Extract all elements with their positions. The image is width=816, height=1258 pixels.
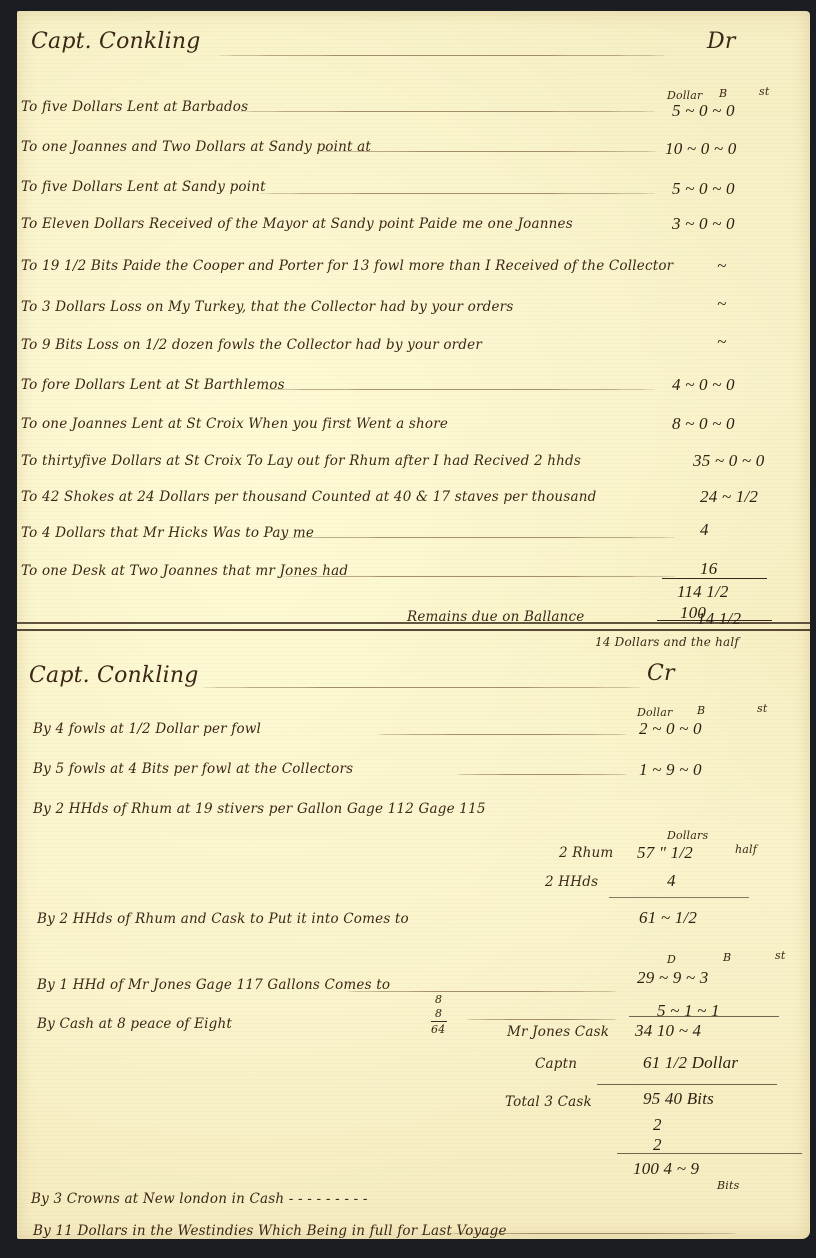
final-entry: By 3 Crowns at New london in Cash - - - … bbox=[31, 1191, 368, 1207]
debit-header-name: Capt. Conkling bbox=[31, 29, 201, 54]
credit-entry-cask-text: By 2 HHds of Rhum and Cask to Put it int… bbox=[37, 911, 409, 927]
sum-rule bbox=[617, 1153, 802, 1154]
remain-amount: 14 1/2 bbox=[697, 609, 741, 629]
credit-header-name: Capt. Conkling bbox=[29, 663, 199, 688]
summary-amount: 34 10 ~ 4 bbox=[635, 1021, 701, 1041]
grand-total-note: Bits bbox=[717, 1179, 739, 1192]
debit-entry-text: To 3 Dollars Loss on My Turkey, that the… bbox=[21, 299, 513, 315]
entry-leader bbox=[277, 537, 677, 538]
entry-leader bbox=[467, 1019, 617, 1020]
entry-leader bbox=[237, 111, 657, 112]
debit-entry-text: To thirtyfive Dollars at St Croix To Lay… bbox=[21, 453, 581, 469]
credit-header-marker: Cr bbox=[647, 661, 675, 686]
grand-total: 100 4 ~ 9 bbox=[633, 1159, 699, 1179]
remain-note: 14 Dollars and the half bbox=[595, 635, 739, 649]
calc-label: 2 Rhum bbox=[559, 845, 613, 861]
debit-entry-amount: 8 ~ 0 ~ 0 bbox=[672, 414, 735, 434]
sum-rule bbox=[629, 1016, 779, 1017]
debit-entry-amount: ~ bbox=[717, 256, 726, 276]
total-extra: 2 bbox=[653, 1115, 662, 1135]
debit-entry-text: To 9 Bits Loss on 1/2 dozen fowls the Co… bbox=[21, 337, 482, 353]
header-flourish bbox=[217, 55, 667, 56]
credit-entry-cash-amount: 5 ~ 1 ~ 1 bbox=[657, 1001, 720, 1021]
credit-col2-d: D bbox=[667, 953, 676, 966]
sum-rule bbox=[597, 1084, 777, 1085]
section-divider bbox=[17, 629, 810, 631]
sum-rule bbox=[609, 897, 749, 898]
debit-entry-text: To 4 Dollars that Mr Hicks Was to Pay me bbox=[21, 525, 314, 541]
debit-entry-text: To fore Dollars Lent at St Barthlemos bbox=[21, 377, 285, 393]
sum-rule bbox=[662, 578, 767, 579]
calc-label: 2 HHds bbox=[545, 874, 598, 890]
debit-entry-amount: 35 ~ 0 ~ 0 bbox=[693, 451, 764, 471]
credit-entry-jones-text: By 1 HHd of Mr Jones Gage 117 Gallons Co… bbox=[37, 977, 390, 993]
fraction-top: 8 bbox=[435, 993, 442, 1006]
calc-amount: 4 bbox=[667, 871, 676, 891]
debit-entry-text: To 19 1/2 Bits Paide the Cooper and Port… bbox=[21, 258, 673, 274]
fraction-bottom: 64 bbox=[431, 1023, 445, 1036]
credit-entry-text: By 4 fowls at 1/2 Dollar per fowl bbox=[33, 721, 261, 737]
fraction-mid: 8 bbox=[435, 1007, 442, 1020]
debit-entry-amount: 24 ~ 1/2 bbox=[700, 487, 758, 507]
credit-col2-b: B bbox=[723, 951, 731, 964]
debit-col-stivers: st bbox=[759, 85, 769, 98]
credit-col-stivers: st bbox=[757, 702, 767, 715]
credit-entry-jones-amount: 29 ~ 9 ~ 3 bbox=[637, 968, 708, 988]
credit-entry-amount: 1 ~ 9 ~ 0 bbox=[639, 760, 702, 780]
entry-leader bbox=[447, 1233, 737, 1234]
credit-entry-cask-amount: 61 ~ 1/2 bbox=[639, 908, 697, 928]
calc-note: half bbox=[735, 843, 757, 856]
summary-label: Captn bbox=[535, 1056, 577, 1072]
total-extra: 2 bbox=[653, 1135, 662, 1155]
final-entry: By 11 Dollars in the Westindies Which Be… bbox=[33, 1223, 507, 1239]
header-flourish bbox=[202, 687, 642, 688]
debit-entry-amount: 3 ~ 0 ~ 0 bbox=[672, 214, 735, 234]
total-amount: 95 40 Bits bbox=[643, 1089, 714, 1109]
credit-entry-cash-text: By Cash at 8 peace of Eight bbox=[37, 1016, 232, 1032]
debit-entry-text: To 42 Shokes at 24 Dollars per thousand … bbox=[21, 489, 596, 505]
entry-leader bbox=[457, 774, 627, 775]
debit-subtotal: 114 1/2 bbox=[677, 582, 729, 602]
debit-entry-text: To one Joannes and Two Dollars at Sandy … bbox=[21, 139, 371, 155]
summary-amount: 61 1/2 Dollar bbox=[643, 1053, 738, 1073]
debit-entry-text: To one Joannes Lent at St Croix When you… bbox=[21, 416, 448, 432]
debit-entry-amount: 16 bbox=[700, 559, 717, 579]
credit-col-dollar: Dollar bbox=[637, 706, 673, 719]
entry-leader bbox=[257, 389, 657, 390]
debit-header-marker: Dr bbox=[707, 29, 736, 54]
entry-leader bbox=[377, 734, 627, 735]
entry-leader bbox=[277, 576, 677, 577]
debit-entry-amount: 4 bbox=[700, 520, 709, 540]
calc-amount: 57 " 1/2 bbox=[637, 843, 693, 863]
entry-leader bbox=[317, 151, 657, 152]
credit-entry-amount: 2 ~ 0 ~ 0 bbox=[639, 719, 702, 739]
total-label: Total 3 Cask bbox=[505, 1094, 592, 1110]
entry-leader bbox=[347, 991, 617, 992]
debit-entry-text: To Eleven Dollars Received of the Mayor … bbox=[21, 216, 573, 232]
entry-leader bbox=[257, 193, 657, 194]
debit-entry-text: To five Dollars Lent at Sandy point bbox=[21, 179, 266, 195]
debit-col-bits: B bbox=[719, 87, 727, 100]
debit-entry-amount: 10 ~ 0 ~ 0 bbox=[665, 139, 736, 159]
credit-col-bits: B bbox=[697, 704, 705, 717]
summary-label: Mr Jones Cask bbox=[507, 1024, 609, 1040]
fraction-bar bbox=[431, 1021, 447, 1022]
credit-entry-text: By 5 fowls at 4 Bits per fowl at the Col… bbox=[33, 761, 353, 777]
debit-entry-amount: ~ bbox=[717, 332, 726, 352]
debit-entry-amount: ~ bbox=[717, 294, 726, 314]
debit-entry-text: To five Dollars Lent at Barbados bbox=[21, 99, 248, 115]
section-divider bbox=[17, 622, 810, 624]
credit-col2-st: st bbox=[775, 949, 785, 962]
debit-entry-amount: 4 ~ 0 ~ 0 bbox=[672, 375, 735, 395]
calc-header: Dollars bbox=[667, 829, 708, 842]
debit-entry-amount: 5 ~ 0 ~ 0 bbox=[672, 179, 735, 199]
credit-entry-text: By 2 HHds of Rhum at 19 stivers per Gall… bbox=[33, 801, 486, 817]
ledger-page: Capt. Conkling Dr Dollar B st To five Do… bbox=[17, 11, 810, 1239]
debit-entry-amount: 5 ~ 0 ~ 0 bbox=[672, 101, 735, 121]
